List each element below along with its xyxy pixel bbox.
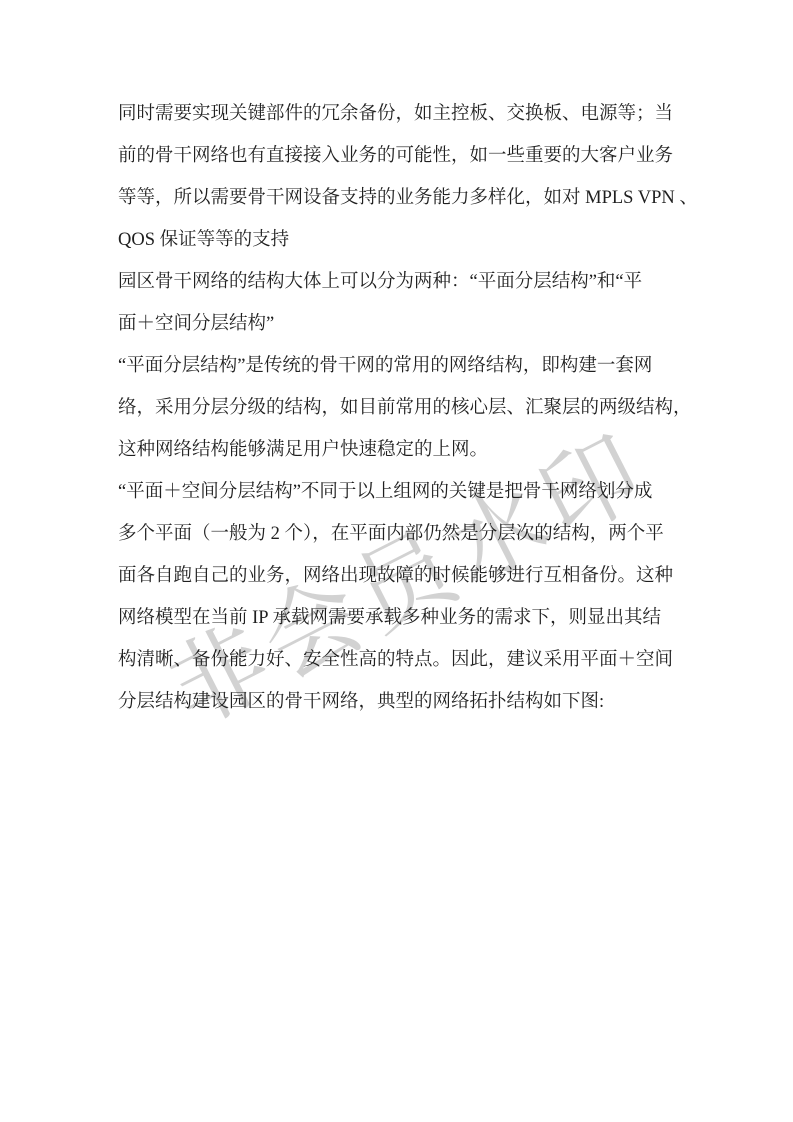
paragraph: “平面＋空间分层结构”不同于以上组网的关键是把骨干网络划分成 多个平面（一般为 … <box>118 471 678 723</box>
text-line: 同时需要实现关键部件的冗余备份，如主控板、交换板、电源等；当 <box>118 93 678 135</box>
paragraph: “平面分层结构”是传统的骨干网的常用的网络结构，即构建一套网 络，采用分层分级的… <box>118 345 678 471</box>
text-line: 构清晰、备份能力好、安全性高的特点。因此，建议采用平面＋空间 <box>118 639 678 681</box>
text-line: 园区骨干网络的结构大体上可以分为两种：“平面分层结构”和“平 <box>118 261 678 303</box>
text-line: 多个平面（一般为 2 个），在平面内部仍然是分层次的结构，两个平 <box>118 513 678 555</box>
text-line: 面＋空间分层结构” <box>118 303 678 345</box>
paragraph: 园区骨干网络的结构大体上可以分为两种：“平面分层结构”和“平 面＋空间分层结构” <box>118 261 678 345</box>
text-line: “平面分层结构”是传统的骨干网的常用的网络结构，即构建一套网 <box>118 345 678 387</box>
text-line: 网络模型在当前 IP 承载网需要承载多种业务的需求下，则显出其结 <box>118 597 678 639</box>
text-line: 前的骨干网络也有直接接入业务的可能性，如一些重要的大客户业务 <box>118 135 678 177</box>
text-line: 络，采用分层分级的结构，如目前常用的核心层、汇聚层的两级结构， <box>118 387 678 429</box>
text-line: 面各自跑自己的业务，网络出现故障的时候能够进行互相备份。这种 <box>118 555 678 597</box>
text-line: QOS 保证等等的支持 <box>118 219 678 261</box>
text-line: 这种网络结构能够满足用户快速稳定的上网。 <box>118 429 678 471</box>
document-page: 非会员水印 同时需要实现关键部件的冗余备份，如主控板、交换板、电源等；当 前的骨… <box>0 0 793 1122</box>
document-text-block: 同时需要实现关键部件的冗余备份，如主控板、交换板、电源等；当 前的骨干网络也有直… <box>118 93 678 723</box>
text-line: 分层结构建设园区的骨干网络，典型的网络拓扑结构如下图: <box>118 681 678 723</box>
text-line: “平面＋空间分层结构”不同于以上组网的关键是把骨干网络划分成 <box>118 471 678 513</box>
paragraph: 同时需要实现关键部件的冗余备份，如主控板、交换板、电源等；当 前的骨干网络也有直… <box>118 93 678 261</box>
text-line: 等等，所以需要骨干网设备支持的业务能力多样化，如对 MPLS VPN 、 <box>118 177 678 219</box>
